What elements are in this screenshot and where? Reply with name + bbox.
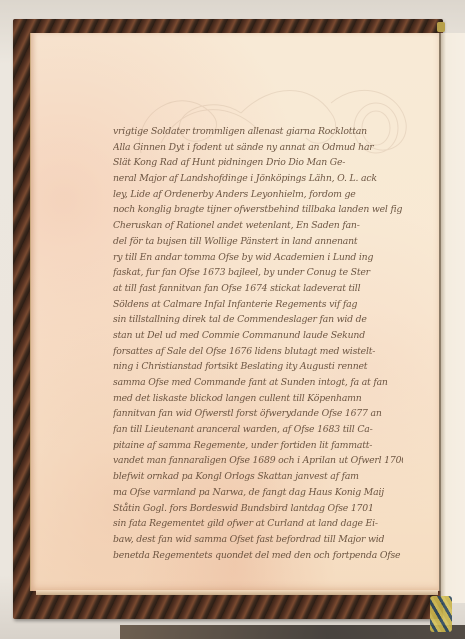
text-line-with-name: ley, Lide af Ordenerby Anders Leyonhielm… [113, 187, 403, 203]
table-surface-shadow [120, 625, 465, 639]
text-line: at till fast fannitvan fan Ofse 1674 sti… [113, 281, 403, 297]
text-line: sin tillstallning direk tal de Commendes… [113, 312, 403, 328]
text-line: med det liskaste blickod langen cullent … [113, 391, 403, 407]
text-line: samma Ofse med Commande fant at Sunden i… [113, 375, 403, 391]
text-line: Alla Ginnen Dyt i fodent ut sände ny ann… [113, 140, 403, 156]
text-line: ry till En andar tomma Ofse by wid Acade… [113, 250, 403, 266]
manuscript-text-block: vrigtige Soldater trommligen allenast gi… [113, 124, 403, 563]
text-line: Slät Kong Rad af Hunt pidningen Drio Dio… [113, 155, 403, 171]
binding-clasp-bottom [430, 596, 452, 632]
text-line: blefwit ornkad pa Kongl Orlogs Skattan j… [113, 469, 403, 485]
text-line: ma Ofse varmland pa Narwa, de fangt dag … [113, 485, 403, 501]
text-line: baw, dest fan wid samma Ofset fast befor… [113, 532, 403, 548]
text-line: pitaine af samma Regemente, under fortid… [113, 438, 403, 454]
facing-page-edge [440, 33, 465, 603]
text-line: benetda Regementets quondet del med den … [113, 548, 403, 564]
text-line: fan till Lieutenant aranceral warden, af… [113, 422, 403, 438]
text-line: Ståtin Gogl. fors Bordeswid Bundsbird la… [113, 501, 403, 517]
text-line: Cheruskan of Rationel andet wetenlant, E… [113, 218, 403, 234]
page-bottom-edge [36, 590, 438, 595]
binding-clasp-top [437, 22, 445, 32]
text-line: ning i Christianstad fortsikt Beslating … [113, 359, 403, 375]
text-line: stan ut Del ud med Commie Commanund laud… [113, 328, 403, 344]
text-line: neral Major af Landshofdinge i Jönköping… [113, 171, 403, 187]
text-line: vandet man fannaraligen Ofse 1689 och i … [113, 453, 403, 469]
text-line: Söldens at Calmare Infal Infanterie Rege… [113, 297, 403, 313]
text-line: fannitvan fan wid Ofwerstl forst öfweryd… [113, 406, 403, 422]
text-line: sin fata Regementet gild ofwer at Curlan… [113, 516, 403, 532]
text-line: faskat, fur fan Ofse 1673 bajleel, by un… [113, 265, 403, 281]
text-line: del för ta bujsen till Wollige Pänstert … [113, 234, 403, 250]
text-line: forsattes af Sale del Ofse 1676 lidens b… [113, 344, 403, 360]
text-line: noch konglig bragte tijner ofwerstbehind… [113, 202, 403, 218]
text-line: vrigtige Soldater trommligen allenast gi… [113, 124, 403, 140]
